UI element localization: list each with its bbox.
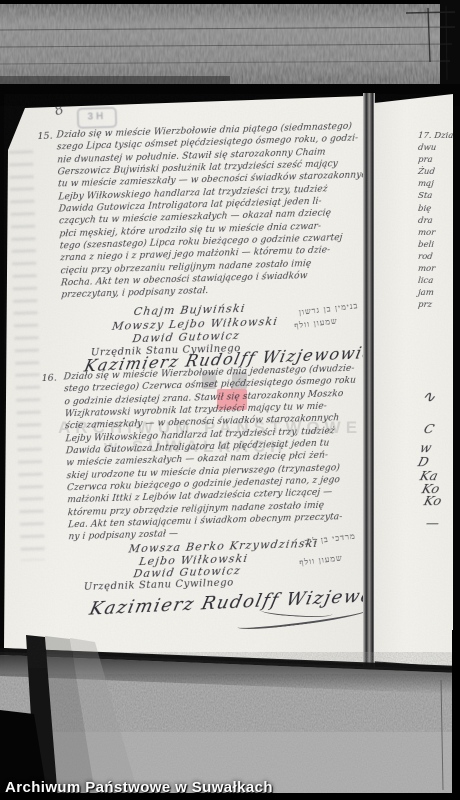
handwriting-line: lica	[417, 275, 453, 287]
act-16-number: 16.	[42, 373, 57, 384]
act-15-number: 15.	[37, 131, 52, 142]
hebrew-signature: בנימין בן גרשון	[298, 301, 358, 317]
handwriting-line: bię	[417, 203, 453, 215]
handwriting-line: pra	[417, 154, 453, 166]
signature-fragment: ∿	[420, 387, 438, 406]
signature-fragment: C	[422, 422, 436, 437]
handwriting-line: mąj	[417, 178, 453, 190]
facing-page: 17. DziadwupraŻudmąjStabiędramorbelirodm…	[374, 94, 453, 667]
handwriting-line: Sta	[417, 190, 453, 202]
book-gutter	[363, 93, 375, 667]
archive-watermark-label: Archiwum Państwowe w Suwałkach	[5, 779, 273, 796]
signature-fragment: D	[416, 455, 430, 470]
hebrew-signature: שמעון וולף	[299, 553, 343, 567]
act-16-text: Działo się w mieście Wierzbołowie dnia j…	[63, 362, 376, 544]
handwriting-line: jam	[417, 287, 453, 299]
ink-bleedthrough	[9, 150, 45, 561]
handwriting-line: prz	[417, 299, 453, 311]
handwriting-line: Żud	[417, 166, 453, 178]
scanner-top-band	[0, 0, 460, 106]
archive-stamp: 3H	[77, 107, 118, 129]
handwriting-line: 17. Dzia	[417, 130, 453, 142]
handwriting-line: dra	[417, 215, 453, 227]
handwriting-line: mor	[417, 227, 453, 239]
signature-fragment: w	[418, 441, 433, 456]
registrar-title: Urzędnik Stanu Cywilnego	[84, 577, 234, 592]
handwriting-line: beli	[417, 239, 453, 251]
handwriting-line: mor	[417, 263, 453, 275]
signature-fragment: Ko	[422, 494, 443, 509]
handwriting-line: rod	[417, 251, 453, 263]
scanned-document-view: ARCHIWUM PAŃSTWOWE w SUWAŁKACH 8 3H 15. …	[0, 0, 460, 800]
handwriting-line: dwu	[417, 142, 453, 154]
scanner-bottom-area	[0, 630, 460, 800]
act-15-text: Działo się w mieście Wierzbołowie dnia p…	[56, 120, 369, 302]
hebrew-signature: שמעון וולף	[294, 316, 338, 330]
signature-fragment: —	[424, 516, 441, 531]
facing-page-text: 17. DziadwupraŻudmąjStabiędramorbelirodm…	[374, 94, 453, 311]
